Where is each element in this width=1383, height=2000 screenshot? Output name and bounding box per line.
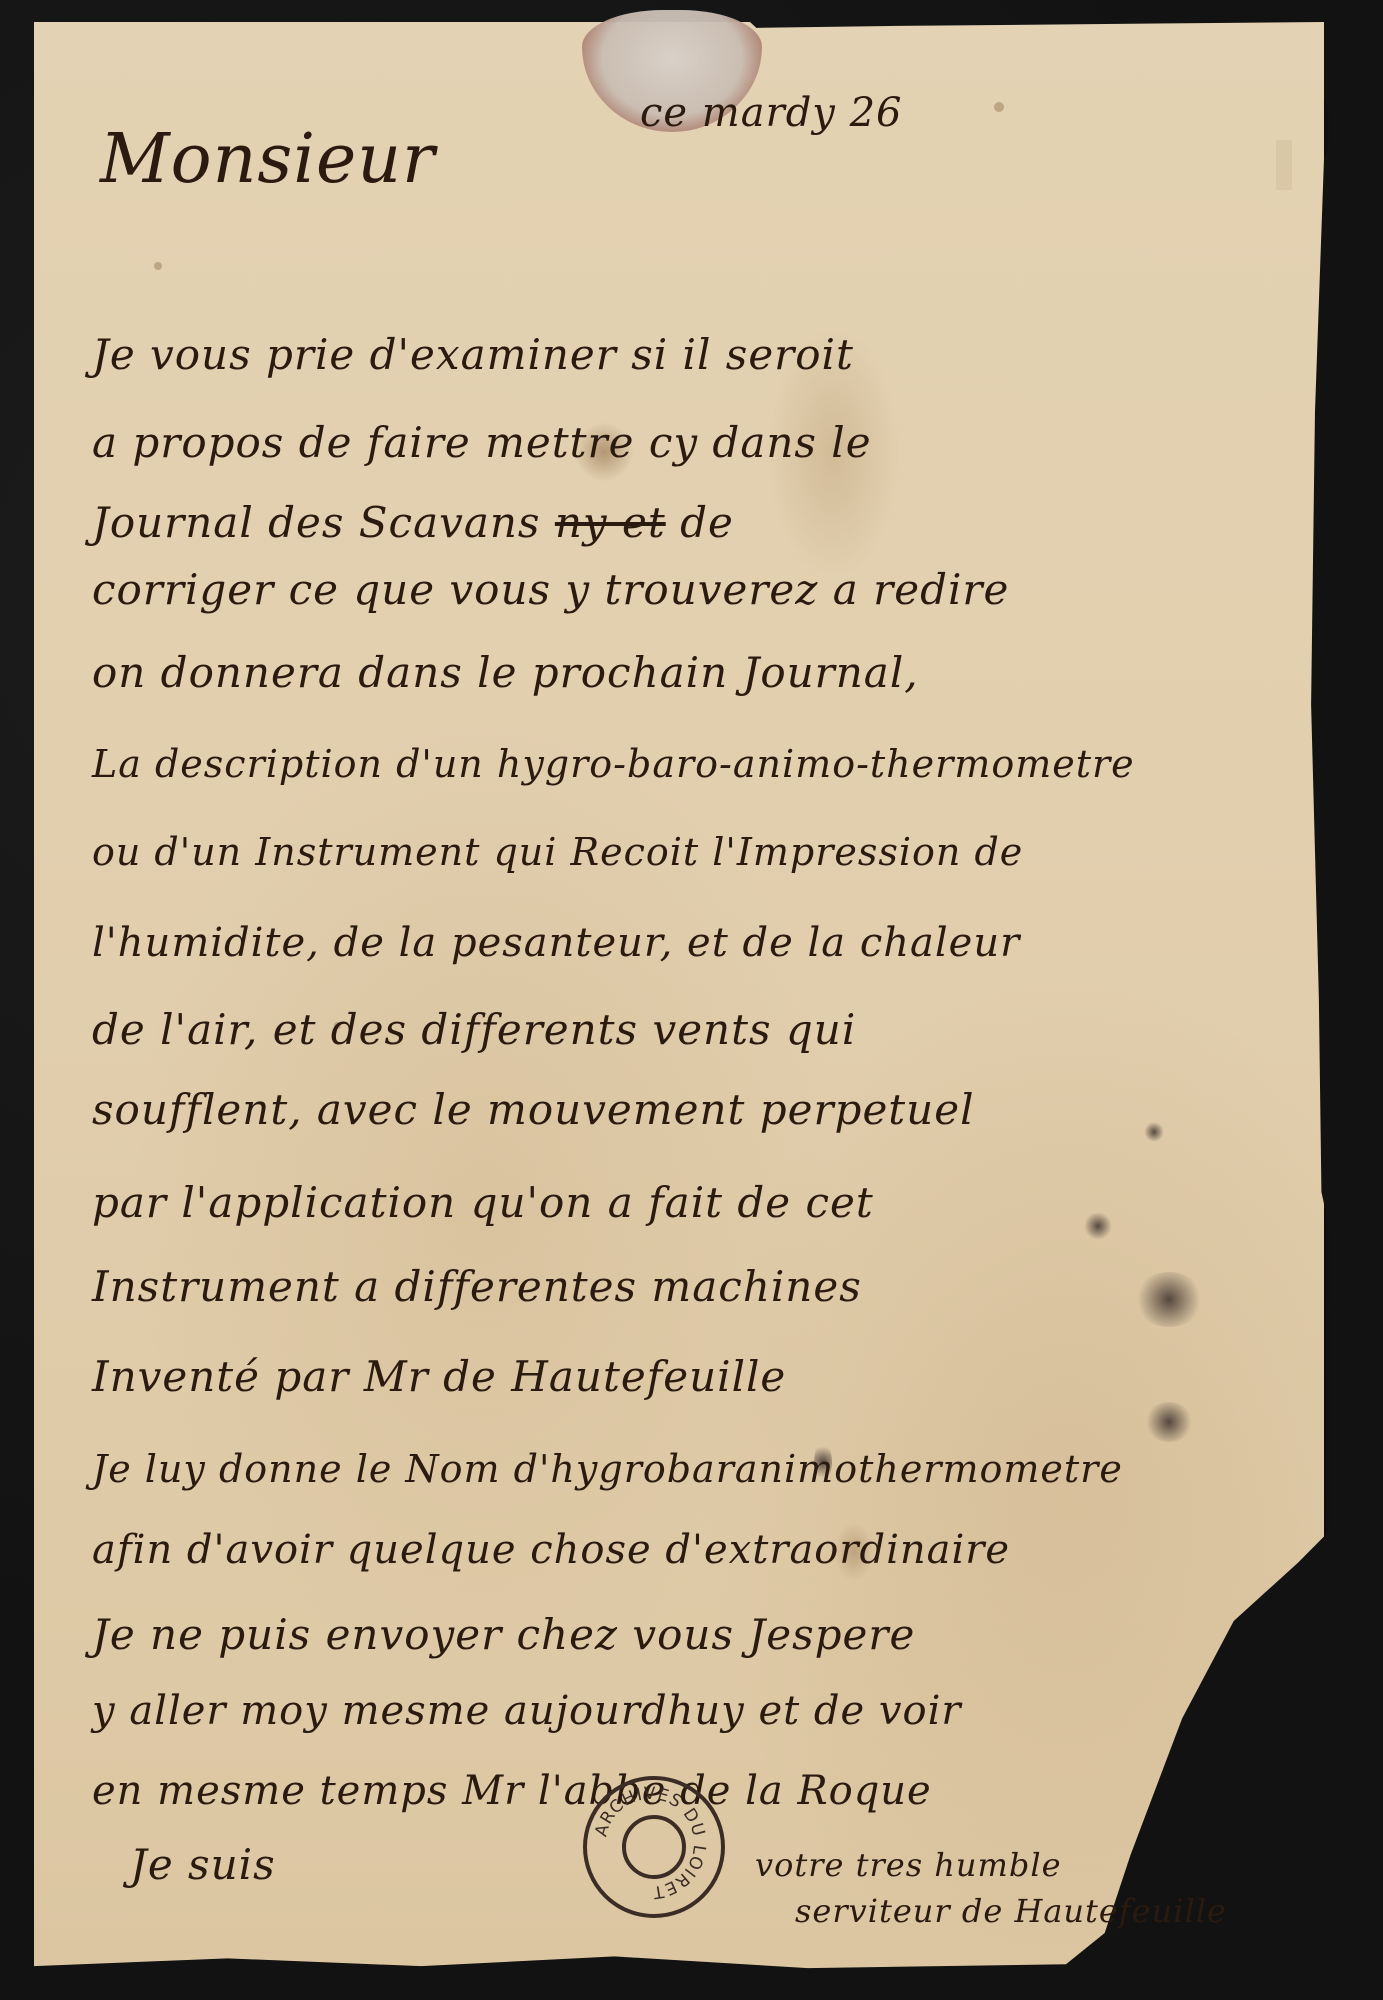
closing-signature: serviteur de Hautefeuille — [795, 1892, 1227, 1930]
body-line-19: Je suis — [130, 1840, 276, 1889]
body-line-8: l'humidite, de la pesanteur, et de la ch… — [92, 920, 1020, 966]
body-line-2: a propos de faire mettre cy dans le — [92, 418, 872, 467]
body-line-3-tail: de — [680, 498, 734, 547]
ink-blot — [1144, 1402, 1194, 1442]
body-line-5: on donnera dans le prochain Journal, — [92, 648, 919, 697]
body-line-12: Instrument a differentes machines — [92, 1262, 862, 1311]
body-line-3: Journal des Scavans ny et de — [92, 498, 734, 547]
body-line-18: en mesme temps Mr l'abbe de la Roque — [92, 1768, 932, 1814]
body-line-15: afin d'avoir quelque chose d'extraordina… — [92, 1527, 1010, 1573]
closing-line-1: votre tres humble — [755, 1846, 1062, 1884]
letter-paper — [34, 22, 1324, 1972]
paper-speck — [994, 102, 1004, 112]
paper-speck — [154, 262, 162, 270]
body-line-11: par l'application qu'on a fait de cet — [92, 1178, 874, 1227]
paper-edge-tear — [1276, 140, 1292, 190]
body-line-13: Inventé par Mr de Hautefeuille — [92, 1352, 786, 1401]
body-line-3-text: Journal des Scavans — [92, 498, 540, 547]
body-line-17: y aller moy mesme aujourdhuy et de voir — [92, 1688, 962, 1734]
stamp-inner-circle — [622, 1815, 686, 1879]
salutation: Monsieur — [100, 120, 436, 199]
body-line-1: Je vous prie d'examiner si il seroit — [92, 330, 854, 379]
body-line-6: La description d'un hygro-baro-animo-the… — [92, 742, 1135, 786]
body-line-4: corriger ce que vous y trouverez a redir… — [92, 565, 1009, 614]
body-line-10: soufflent, avec le mouvement perpetuel — [92, 1085, 975, 1134]
ink-blot — [1144, 1122, 1164, 1142]
body-line-7: ou d'un Instrument qui Recoit l'Impressi… — [92, 830, 1023, 874]
date-line: ce mardy 26 — [640, 90, 903, 136]
body-line-9: de l'air, et des differents vents qui — [92, 1005, 856, 1054]
body-line-16: Je ne puis envoyer chez vous Jespere — [92, 1610, 915, 1659]
body-line-14: Je luy donne le Nom d'hygrobaranimotherm… — [92, 1447, 1123, 1491]
ink-blot — [1084, 1212, 1112, 1240]
struck-text: ny et — [555, 498, 666, 547]
ink-blot — [1134, 1272, 1204, 1327]
archives-stamp: ARCHIVES DU LOIRET — [583, 1776, 725, 1918]
